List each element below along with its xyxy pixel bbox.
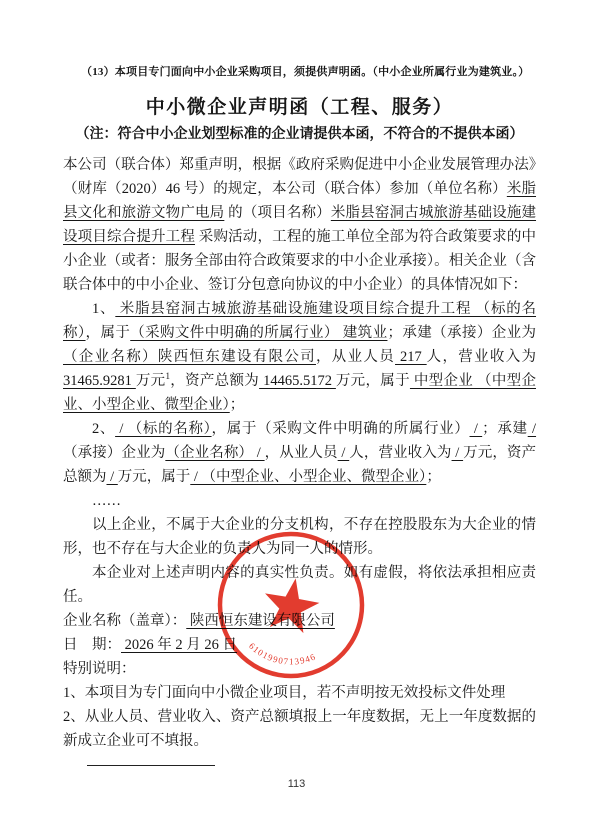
paragraph: 本企业对上述声明内容的真实性负责。如有虚假，将依法承担相应责任。 (63, 561, 536, 609)
text-segment: ，属于（采购文件中明确的所属行业） (212, 421, 470, 437)
filled-value: / (528, 421, 536, 437)
text-segment: 万元，属于 (118, 469, 191, 485)
text-segment: …… (92, 493, 121, 509)
text-segment: 企业名称（盖章）： (63, 613, 186, 629)
filled-value: 217 (395, 349, 427, 365)
text-segment: 以上企业，不属于大企业的分支机构，不存在控股股东为大企业的情形，也不存在与大企业… (63, 517, 536, 557)
filled-value: / (470, 421, 483, 437)
text-segment: 本企业对上述声明内容的真实性负责。如有虚假，将依法承担相应责任。 (63, 565, 536, 605)
text-segment: ，从业人员 (316, 349, 395, 365)
filled-value: 2026 年 2 月 26 日 (121, 637, 237, 653)
header-note: （13）本项目专门面向中小企业采购项目，须提供声明函。（中小企业所属行业为建筑业… (63, 64, 536, 80)
paragraph: 企业名称（盖章）： 陕西恒东建设有限公司 (63, 609, 536, 633)
filled-value: 14465.5172 (259, 373, 336, 389)
filled-value: / (107, 469, 118, 485)
text-segment: 人，营业收入为 (427, 349, 536, 365)
filled-value: （采购文件中明确的所属行业） 建筑业 (130, 325, 387, 341)
paragraph: 2、 / （标的名称），属于（采购文件中明确的所属行业） / ；承建 / （承接… (63, 417, 536, 489)
filled-value: / (338, 445, 350, 461)
paragraph: 1、本项目为专门面向中小微企业项目，若不声明按无效投标文件处理 (63, 681, 536, 705)
page-number: 113 (0, 778, 593, 790)
paragraph: 1、 米脂县窑洞古城旅游基础设施建设项目综合提升工程 （标的名称），属于（采购文… (63, 297, 536, 417)
text-segment: 万元 (136, 373, 166, 389)
filled-value: （企业名称）陕西恒东建设有限公司 (63, 349, 316, 365)
paragraph: …… (63, 489, 536, 513)
text-segment: 2、 (92, 421, 115, 437)
filled-value: / （标的名称） (115, 421, 211, 437)
text-segment: ，从业人员 (265, 445, 338, 461)
text-segment: 日 期： (63, 637, 121, 653)
paragraph: 以上企业，不属于大企业的分支机构，不存在控股股东为大企业的情形，也不存在与大企业… (63, 513, 536, 561)
text-segment: 1、本项目为专门面向中小微企业项目，若不声明按无效投标文件处理 (63, 685, 505, 701)
text-segment: 2、从业人员、营业收入、资产总额填报上一年度数据，无上一年度数据的新成立企业可不… (63, 709, 536, 749)
text-segment: 特别说明： (63, 661, 136, 677)
text-segment: ； (426, 469, 441, 485)
footnote-separator (87, 765, 215, 766)
filled-value: / （中型企业、小型企业、微型企业） (190, 469, 426, 485)
paragraph: 本公司（联合体）郑重声明，根据《政府采购促进中小企业发展管理办法》（财库（202… (63, 153, 536, 297)
document-content: （13）本项目专门面向中小企业采购项目，须提供声明函。（中小企业所属行业为建筑业… (0, 0, 593, 766)
text-segment: 1、 (92, 301, 115, 317)
text-segment: ； (230, 397, 245, 413)
paragraph: 2、从业人员、营业收入、资产总额填报上一年度数据，无上一年度数据的新成立企业可不… (63, 705, 536, 753)
document-body: 本公司（联合体）郑重声明，根据《政府采购促进中小企业发展管理办法》（财库（202… (63, 153, 536, 753)
filled-value: 陕西恒东建设有限公司 (186, 613, 335, 629)
filled-value: / (452, 445, 464, 461)
filled-value: 31465.9281 (63, 373, 136, 389)
declaration-document-page: （13）本项目专门面向中小企业采购项目，须提供声明函。（中小企业所属行业为建筑业… (0, 0, 593, 837)
text-segment: 本公司（联合体）郑重声明，根据《政府采购促进中小企业发展管理办法》（财库（202… (63, 157, 536, 197)
page-subtitle: （注：符合中小企业划型标准的企业请提供本函，不符合的不提供本函） (63, 125, 536, 145)
paragraph: 特别说明： (63, 657, 536, 681)
page-title: 中小微企业声明函（工程、服务） (63, 95, 536, 121)
text-segment: 万元，属于 (336, 373, 410, 389)
filled-value: （企业名称） / (165, 445, 264, 461)
text-segment: ；承建（承接）企业为 (387, 325, 536, 341)
text-segment: ；承建 (482, 421, 528, 437)
paragraph: 日 期： 2026 年 2 月 26 日 (63, 633, 536, 657)
text-segment: ，属于 (86, 325, 131, 341)
text-segment: （承接）企业为 (63, 445, 165, 461)
text-segment: 的（项目名称） (224, 205, 330, 221)
text-segment: 人，营业收入为 (349, 445, 451, 461)
text-segment: ，资产总额为 (170, 373, 259, 389)
